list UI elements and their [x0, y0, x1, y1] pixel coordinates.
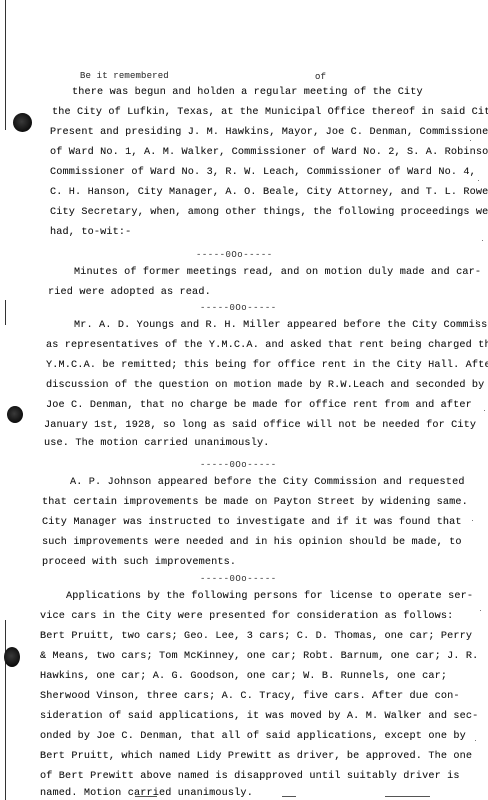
doc-line: vice cars in the City were presented for…	[40, 611, 453, 623]
doc-line: sideration of said applications, it was …	[40, 711, 478, 723]
doc-line: City Secretary, when, among other things…	[50, 207, 488, 219]
doc-line: the City of Lufkin, Texas, at the Munici…	[52, 107, 488, 119]
doc-line: of Bert Prewitt above named is disapprov…	[40, 771, 460, 783]
doc-line: that certain improvements be made on Pay…	[42, 497, 468, 509]
section-separator: -----0Oo-----	[200, 303, 277, 313]
doc-line: as representatives of the Y.M.C.A. and a…	[46, 340, 488, 352]
doc-line: ried were adopted as read.	[48, 287, 211, 299]
margin-rule	[5, 620, 6, 800]
doc-line: Hawkins, one car; A. G. Goodson, one car…	[40, 671, 447, 683]
doc-line: City Manager was instructed to investiga…	[42, 517, 462, 529]
scan-noise	[476, 320, 477, 321]
punch-hole-middle	[7, 406, 23, 423]
doc-line: named. Motion carried unanimously.	[40, 788, 253, 800]
scan-noise	[478, 180, 479, 181]
scan-noise	[472, 520, 473, 521]
header-of: of	[315, 71, 326, 83]
doc-line: Minutes of former meetings read, and on …	[74, 267, 481, 279]
scan-artifact	[282, 796, 296, 797]
header-be-it-remembered: Be it remembered	[80, 70, 169, 82]
scan-noise	[480, 610, 481, 611]
doc-line: use. The motion carried unanimously.	[44, 438, 270, 450]
doc-line: January 1st, 1928, so long as said offic…	[44, 420, 476, 432]
scan-artifact	[385, 796, 430, 797]
margin-rule	[5, 300, 6, 325]
doc-line: Y.M.C.A. be remitted; this being for off…	[46, 360, 488, 372]
margin-rule	[5, 0, 6, 130]
scan-noise	[475, 740, 476, 741]
doc-line: Present and presiding J. M. Hawkins, May…	[50, 127, 488, 139]
doc-line: A. P. Johnson appeared before the City C…	[70, 477, 465, 489]
scanned-document-page: Be it remembered of there was begun and …	[0, 0, 488, 800]
scan-noise	[484, 410, 485, 411]
doc-line: Sherwood Vinson, three cars; A. C. Tracy…	[40, 691, 460, 703]
punch-hole-bottom	[4, 647, 20, 667]
section-separator: -----0Oo-----	[196, 250, 273, 260]
doc-line: such improvements were needed and in his…	[42, 537, 462, 549]
section-separator: -----0Oo-----	[200, 460, 277, 470]
doc-line: of Ward No. 1, A. M. Walker, Commissione…	[50, 147, 488, 159]
doc-line: C. H. Hanson, City Manager, A. O. Beale,…	[50, 187, 488, 199]
doc-line: onded by Joe C. Denman, that all of said…	[40, 731, 466, 743]
doc-line: & Means, two cars; Tom McKinney, one car…	[40, 651, 478, 663]
doc-line: Bert Pruitt, which named Lidy Prewitt as…	[40, 751, 472, 763]
doc-line: proceed with such improvements.	[42, 557, 236, 569]
doc-line: Mr. A. D. Youngs and R. H. Miller appear…	[74, 320, 488, 332]
scan-artifact	[135, 796, 157, 797]
scan-noise	[470, 140, 471, 141]
doc-line: there was begun and holden a regular mee…	[72, 87, 423, 99]
doc-line: Commissioner of Ward No. 3, R. W. Leach,…	[50, 167, 476, 179]
section-separator: -----0Oo-----	[200, 574, 277, 584]
doc-line: discussion of the question on motion mad…	[46, 380, 484, 392]
punch-hole-top	[13, 113, 32, 132]
doc-line: Bert Pruitt, two cars; Geo. Lee, 3 cars;…	[40, 631, 472, 643]
doc-line: Joe C. Denman, that no charge be made fo…	[46, 400, 472, 412]
doc-line: had, to-wit:-	[50, 227, 131, 239]
scan-noise	[482, 240, 483, 241]
doc-line: Applications by the following persons fo…	[66, 591, 473, 603]
